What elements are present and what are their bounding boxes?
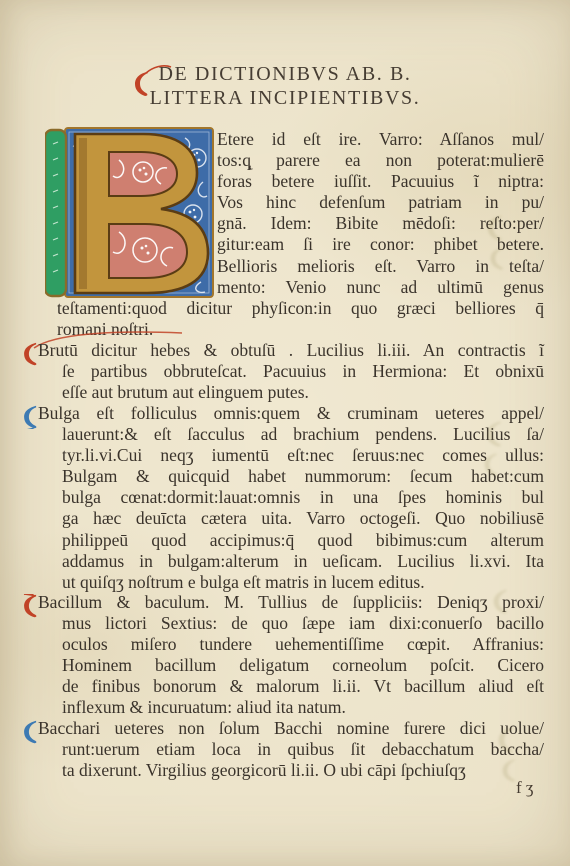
text-line: bulga cœnat:dormit:lauat:omnis in una ſp… [38, 487, 544, 508]
text-line: mento: Venio nunc ad ultimū genus [217, 277, 544, 298]
pilcrow-icon [22, 405, 39, 429]
pilcrow-icon [131, 65, 173, 97]
text-line: addamus in bulgam:alterum in ueſicam. Lu… [38, 551, 544, 572]
show-through-mark [486, 214, 504, 247]
show-through-mark [501, 758, 517, 788]
show-through-mark [483, 452, 499, 482]
text-line: ut quiſqʒ noſtrum e bulga eſt matris in … [38, 572, 544, 593]
heading-line-1: DE DICTIONIBVS AB. B. [0, 62, 570, 86]
pilcrow-icon [22, 342, 39, 366]
text-line: ſe partibus obbruteſcat. Pacuuius in Her… [38, 361, 544, 382]
show-through-mark [497, 726, 515, 759]
text-line: Hominem bacillum deligatum corneolum poſ… [38, 655, 544, 676]
show-through-mark [485, 420, 503, 453]
text-line: tos:q̨ parere ea non poterat:mulierē [217, 150, 544, 171]
pilcrow-icon [22, 594, 39, 618]
heading-line-2: LITTERA INCIPIENTIBVS. [0, 86, 570, 110]
quire-signature: f ʒ [516, 778, 533, 798]
text-line: runt:uerum etiam loca in quibus ſit deba… [38, 739, 544, 760]
text-line: de finibus bonorum & malorum li.ii. Vt b… [38, 676, 544, 697]
text-line: foras betere iuſſit. Pacuuius ĩ niptra: [217, 171, 544, 192]
illuminated-initial-b [45, 126, 215, 299]
text-line: inflexum & incuruatum: aliud ita natum. [38, 697, 544, 718]
show-through-mark [492, 588, 509, 620]
text-line: lauerunt:& eſt ſacculus ad brachium pend… [38, 424, 544, 445]
text-line: philippeū quod accipimus:q̄ quod bibimus… [38, 530, 544, 551]
text-line: ga hæc deuīcta cætera uita. Varro octoge… [38, 508, 544, 529]
text-line: ta dixerunt. Virgilius georgicorū li.ii.… [38, 760, 544, 781]
paragraph-bulga: Bulga eſt folliculus omnis:quem & crumin… [38, 403, 544, 593]
text-line: mus lictori Sextius: de quo ſæpe iam dix… [38, 613, 544, 634]
text-line: Etere id eſt ire. Varro: Aſſanos mul/ [217, 129, 544, 150]
text-line: oculos miſero tundere uehementiſſime cœp… [38, 634, 544, 655]
paragraph-bacchari: Bacchari ueteres non ſolum Bacchi nomine… [38, 718, 544, 781]
chapter-heading: DE DICTIONIBVS AB. B. LITTERA INCIPIENTI… [0, 62, 570, 110]
paragraph-bacillum: Bacillum & baculum. M. Tullius de ſuppli… [38, 592, 544, 719]
book-page: DE DICTIONIBVS AB. B. LITTERA INCIPIENTI… [0, 0, 570, 866]
text-line: Bulga eſt folliculus omnis:quem & crumin… [38, 403, 544, 424]
paragraph-brutum: Brutū dicitur hebes & obtuſū . Lucilius … [38, 340, 544, 403]
text-line: Vos hinc defenſum patriam in pu/ [217, 192, 544, 213]
show-through-mark [489, 246, 505, 276]
pilcrow-icon [22, 720, 39, 744]
text-line: Bacchari ueteres non ſolum Bacchi nomine… [38, 718, 544, 739]
text-line: tyr.li.vi.Cui neqʒ iumentū eſt:nec ſeruu… [38, 445, 544, 466]
text-line: Bacillum & baculum. M. Tullius de ſuppli… [38, 592, 544, 613]
text-line: Brutū dicitur hebes & obtuſū . Lucilius … [38, 340, 544, 361]
text-line: Bulgam & quicquid habet nummorum: ſecum … [38, 466, 544, 487]
text-line: teſtamenti:quod dicitur phyſicon:in quo … [57, 298, 544, 319]
text-line: eſſe aut brutum aut elinguem putes. [38, 382, 544, 403]
